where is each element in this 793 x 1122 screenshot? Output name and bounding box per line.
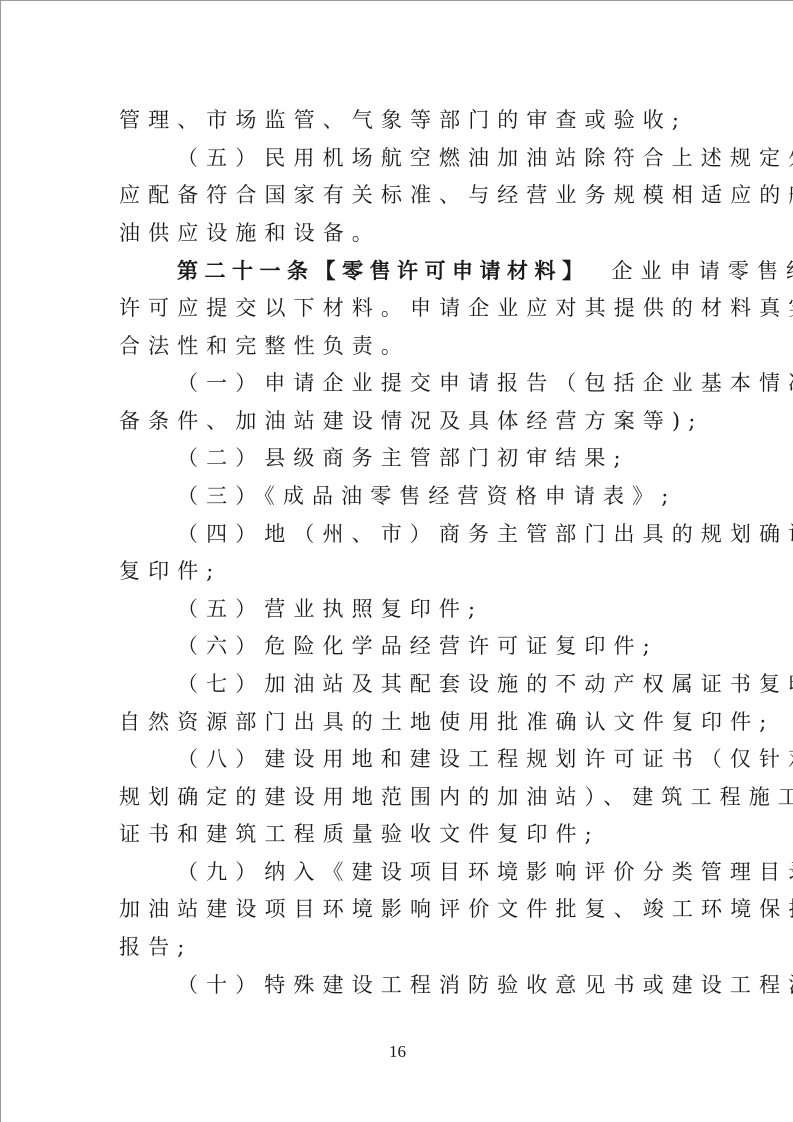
text-line: 管理、市场监管、气象等部门的审查或验收; bbox=[119, 102, 679, 140]
list-item-4: （四）地（州、市）商务主管部门出具的规划确认文件 bbox=[119, 516, 679, 554]
list-item-8: （八）建设用地和建设工程规划许可证书（仅针对城乡 bbox=[119, 741, 679, 779]
text-line: 许可应提交以下材料。申请企业应对其提供的材料真实性、 bbox=[119, 290, 679, 328]
text-line: 报告; bbox=[119, 929, 679, 967]
list-item-10: （十）特殊建设工程消防验收意见书或建设工程消防验 bbox=[119, 967, 679, 1005]
text-line: 证书和建筑工程质量验收文件复印件; bbox=[119, 816, 679, 854]
list-item-1: （一）申请企业提交申请报告（包括企业基本情况、具 bbox=[119, 365, 679, 403]
list-item-5: （五）营业执照复印件; bbox=[119, 591, 679, 629]
text-line: 备条件、加油站建设情况及具体经营方案等); bbox=[119, 403, 679, 441]
paragraph-item-5-civil-airport: （五）民用机场航空燃油加油站除符合上述规定外，还 bbox=[119, 140, 679, 178]
list-item-2: （二）县级商务主管部门初审结果; bbox=[119, 440, 679, 478]
article-21-paragraph: 第二十一条【零售许可申请材料】企业申请零售经营 bbox=[119, 252, 679, 290]
list-item-3: （三）《成品油零售经营资格申请表》; bbox=[119, 478, 679, 516]
document-page: 管理、市场监管、气象等部门的审查或验收; （五）民用机场航空燃油加油站除符合上述… bbox=[0, 0, 793, 1122]
list-item-7: （七）加油站及其配套设施的不动产权属证书复印件或 bbox=[119, 666, 679, 704]
document-body: 管理、市场监管、气象等部门的审查或验收; （五）民用机场航空燃油加油站除符合上述… bbox=[119, 102, 679, 1004]
text-line: 规划确定的建设用地范围内的加油站）、建筑工程施工许可 bbox=[119, 779, 679, 817]
text-line: 合法性和完整性负责。 bbox=[119, 328, 679, 366]
list-item-9: （九）纳入《建设项目环境影响评价分类管理目录》的 bbox=[119, 854, 679, 892]
page-number: 16 bbox=[1, 1042, 793, 1062]
text-line: 加油站建设项目环境影响评价文件批复、竣工环境保护验收 bbox=[119, 891, 679, 929]
article-text: 企业申请零售经营 bbox=[612, 259, 793, 283]
text-line: 油供应设施和设备。 bbox=[119, 215, 679, 253]
article-heading: 第二十一条【零售许可申请材料】 bbox=[177, 258, 590, 283]
list-item-6: （六）危险化学品经营许可证复印件; bbox=[119, 628, 679, 666]
text-line: 自然资源部门出具的土地使用批准确认文件复印件; bbox=[119, 704, 679, 742]
text-line: 应配备符合国家有关标准、与经营业务规模相适应的航空燃 bbox=[119, 177, 679, 215]
text-line: 复印件; bbox=[119, 553, 679, 591]
